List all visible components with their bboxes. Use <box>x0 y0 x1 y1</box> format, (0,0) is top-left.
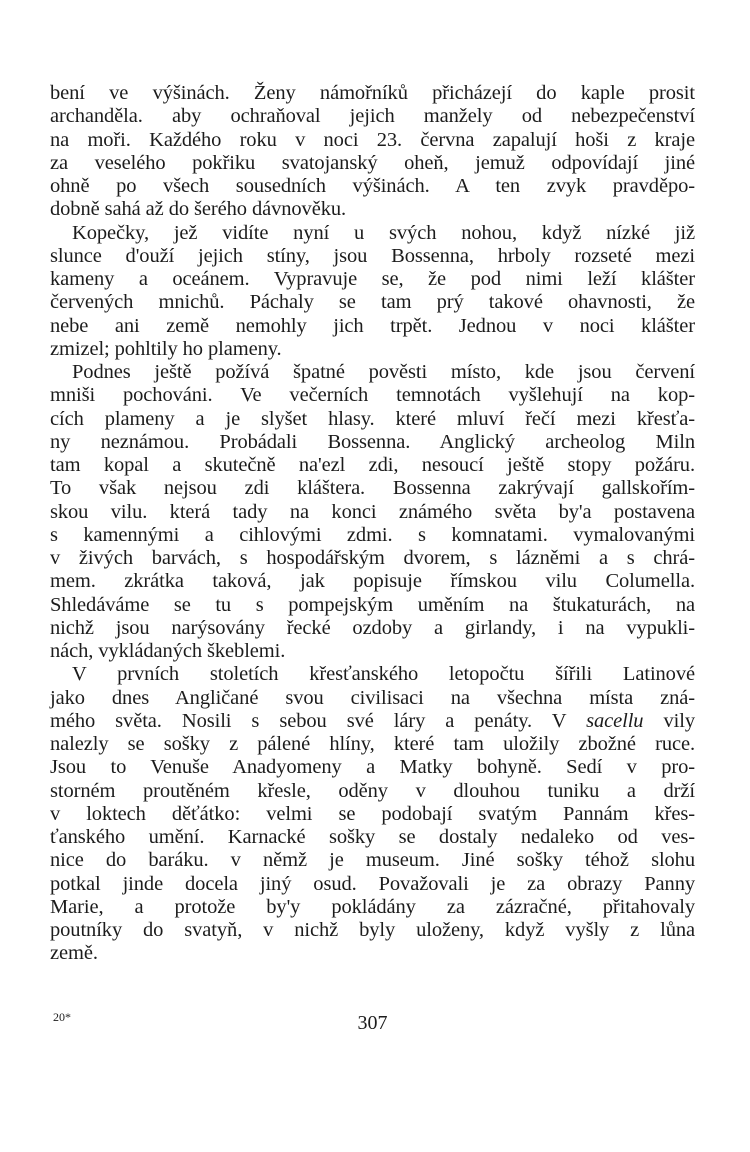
text-line: storném proutěném křesle, oděny v dlouho… <box>50 780 695 803</box>
text-line: archanděla. aby ochraňoval jejich manžel… <box>50 105 695 128</box>
text-line: zmizel; pohltily ho plameny. <box>50 338 695 361</box>
italic-term: sacellu <box>586 710 643 732</box>
text-line: ny neznámou. Probádali Bossenna. Anglick… <box>50 431 695 454</box>
text-line: nalezly se sošky z pálené hlíny, které t… <box>50 733 695 756</box>
text-line: mniši pochováni. Ve večerních temnotách … <box>50 384 695 407</box>
text-line: cích plameny a je slyšet hlasy. které ml… <box>50 408 695 431</box>
text-line: mem. zkrátka taková, jak popisuje římsko… <box>50 570 695 593</box>
text-line: jako dnes Angličané svou civilisaci na v… <box>50 687 695 710</box>
text-line: kameny a oceánem. Vypravuje se, že pod n… <box>50 268 695 291</box>
text-line: nice do baráku. v němž je museum. Jiné s… <box>50 849 695 872</box>
text-line: skou vilu. která tady na konci známého s… <box>50 501 695 524</box>
text-line: Podnes ještě požívá špatné pověsti místo… <box>50 361 695 384</box>
text-line: poutníky do svatyň, v nichž byly uloženy… <box>50 919 695 942</box>
text-line: na moři. Každého roku v noci 23. června … <box>50 129 695 152</box>
text-line: ťanského umění. Karnacké sošky se dostal… <box>50 826 695 849</box>
text-line: nichž jsou narýsovány řecké ozdoby a gir… <box>50 617 695 640</box>
text-line: v loktech děťátko: velmi se podobají sva… <box>50 803 695 826</box>
page-footer: 20* 307 <box>50 1010 695 1040</box>
text-line: červených mnichů. Páchaly se tam prý tak… <box>50 291 695 314</box>
text-line: To však nejsou zdi kláštera. Bossenna za… <box>50 477 695 500</box>
page-body: bení ve výšinách. Ženy námořníků přicház… <box>50 82 695 966</box>
text-line: mého světa. Nosili s sebou své láry a pe… <box>50 710 695 733</box>
text-line: Shledáváme se tu s pompejským uměním na … <box>50 594 695 617</box>
text-line: za veselého pokřiku svatojanský oheň, je… <box>50 152 695 175</box>
text-line: bení ve výšinách. Ženy námořníků přicház… <box>50 82 695 105</box>
text-line: Kopečky, jež vidíte nyní u svých nohou, … <box>50 222 695 245</box>
text-line: tam kopal a skutečně na'ezl zdi, nesoucí… <box>50 454 695 477</box>
text-line: v živých barvách, s hospodářským dvorem,… <box>50 547 695 570</box>
text-line: země. <box>50 942 695 965</box>
text-line: ohně po všech sousedních výšinách. A ten… <box>50 175 695 198</box>
text-line: potkal jinde docela jiný osud. Považoval… <box>50 873 695 896</box>
text-line: nebe ani země nemohly jich trpět. Jednou… <box>50 315 695 338</box>
text-line: Marie, a protože by'y pokládány za zázra… <box>50 896 695 919</box>
text-line: s kamennými a cihlovými zdmi. s komnatam… <box>50 524 695 547</box>
text-line: Jsou to Venuše Anadyomeny a Matky bohyně… <box>50 756 695 779</box>
text-line: dobně sahá až do šerého dávnověku. <box>50 198 695 221</box>
text-line: slunce d'ouží jejich stíny, jsou Bossenn… <box>50 245 695 268</box>
text-line: nách, vykládaných škeblemi. <box>50 640 695 663</box>
page-number: 307 <box>50 1012 695 1035</box>
text-line: V prvních stoletích křesťanského letopoč… <box>50 663 695 686</box>
